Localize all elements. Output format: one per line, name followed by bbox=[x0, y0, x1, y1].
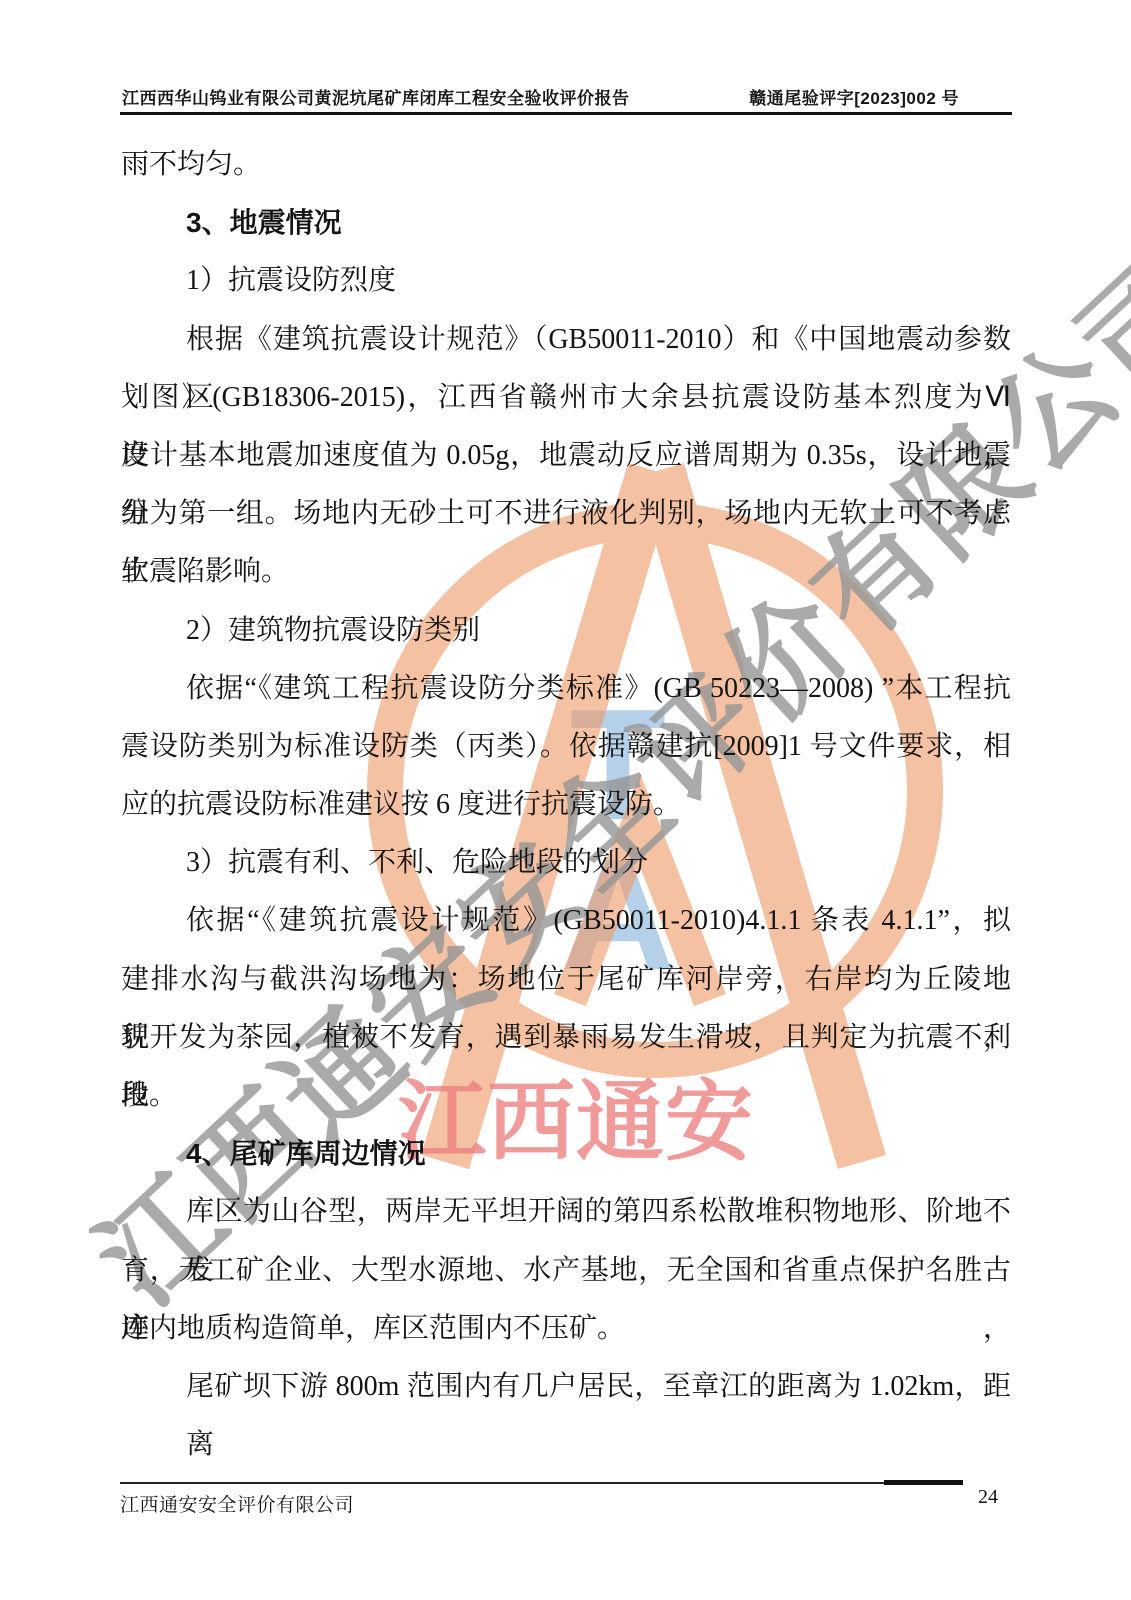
body-line: 设计基本地震加速度值为 0.05g，地震动反应谱周期为 0.35s，设计地震分 bbox=[121, 427, 1011, 485]
footer-company-name: 江西通安安全评价有限公司 bbox=[120, 1490, 354, 1517]
body-line: 库区为山谷型，两岸无平坦开阔的第四系松散堆积物地形、阶地不发 bbox=[121, 1183, 1011, 1241]
body-line: 土震陷影响。 bbox=[121, 543, 1011, 601]
footer-rule-thin bbox=[120, 1482, 884, 1484]
body-line: 育，无工矿企业、大型水源地、水产基地，无全国和省重点保护名胜古迹， bbox=[121, 1242, 1011, 1300]
body-line: 3、地震情况 bbox=[121, 194, 1011, 252]
body-line: 建排水沟与截洪沟场地为：场地位于尾矿库河岸旁，右岸均为丘陵地貌， bbox=[121, 951, 1011, 1009]
body-line: 3）抗震有利、不利、危险地段的划分 bbox=[121, 834, 1011, 892]
body-line: 雨不均匀。 bbox=[121, 136, 1011, 194]
body-line: 1）抗震设防烈度 bbox=[121, 252, 1011, 310]
header-doc-number: 赣通尾验评字[2023]002 号 bbox=[749, 84, 959, 109]
header-rule bbox=[120, 112, 1012, 115]
body-line: 应的抗震设防标准建议按 6 度进行抗震设防。 bbox=[121, 776, 1011, 834]
report-page: T A 江西通安安全评价有限公司 江西通安 江西西华山钨业有限公司黄泥坑尾矿库闭… bbox=[0, 0, 1131, 1600]
body-line: 现开发为茶园，植被不发育，遇到暴雨易发生滑坡，且判定为抗震不利地 bbox=[121, 1009, 1011, 1067]
body-line: 依据“《建筑抗震设计规范》(GB50011-2010)4.1.1 条表 4.1.… bbox=[121, 892, 1011, 950]
body-text: 雨不均匀。3、地震情况1）抗震设防烈度根据《建筑抗震设计规范》（GB50011-… bbox=[121, 136, 1011, 1416]
body-line: 依据“《建筑工程抗震设防分类标准》(GB 50223—2008) ”本工程抗 bbox=[121, 660, 1011, 718]
body-line: 尾矿坝下游 800m 范围内有几户居民，至章江的距离为 1.02km，距离 bbox=[121, 1358, 1011, 1416]
footer-page-number: 24 bbox=[978, 1486, 998, 1509]
footer-rule-thick bbox=[884, 1480, 963, 1485]
body-line: 4、尾矿库周边情况 bbox=[121, 1125, 1011, 1183]
body-line: 划图》(GB18306-2015)，江西省赣州市大余县抗震设防基本烈度为Ⅵ度， bbox=[121, 369, 1011, 427]
body-line: 组为第一组。场地内无砂土可不进行液化判别，场地内无软土可不考虑软 bbox=[121, 485, 1011, 543]
body-line: 震设防类别为标准设防类（丙类）。依据赣建抗[2009]1 号文件要求，相 bbox=[121, 718, 1011, 776]
body-line: 2）建筑物抗震设防类别 bbox=[121, 602, 1011, 660]
body-line: 根据《建筑抗震设计规范》（GB50011-2010）和《中国地震动参数区 bbox=[121, 311, 1011, 369]
header-report-title: 江西西华山钨业有限公司黄泥坑尾矿库闭库工程安全验收评价报告 bbox=[122, 84, 630, 109]
body-line: 段。 bbox=[121, 1067, 1011, 1125]
